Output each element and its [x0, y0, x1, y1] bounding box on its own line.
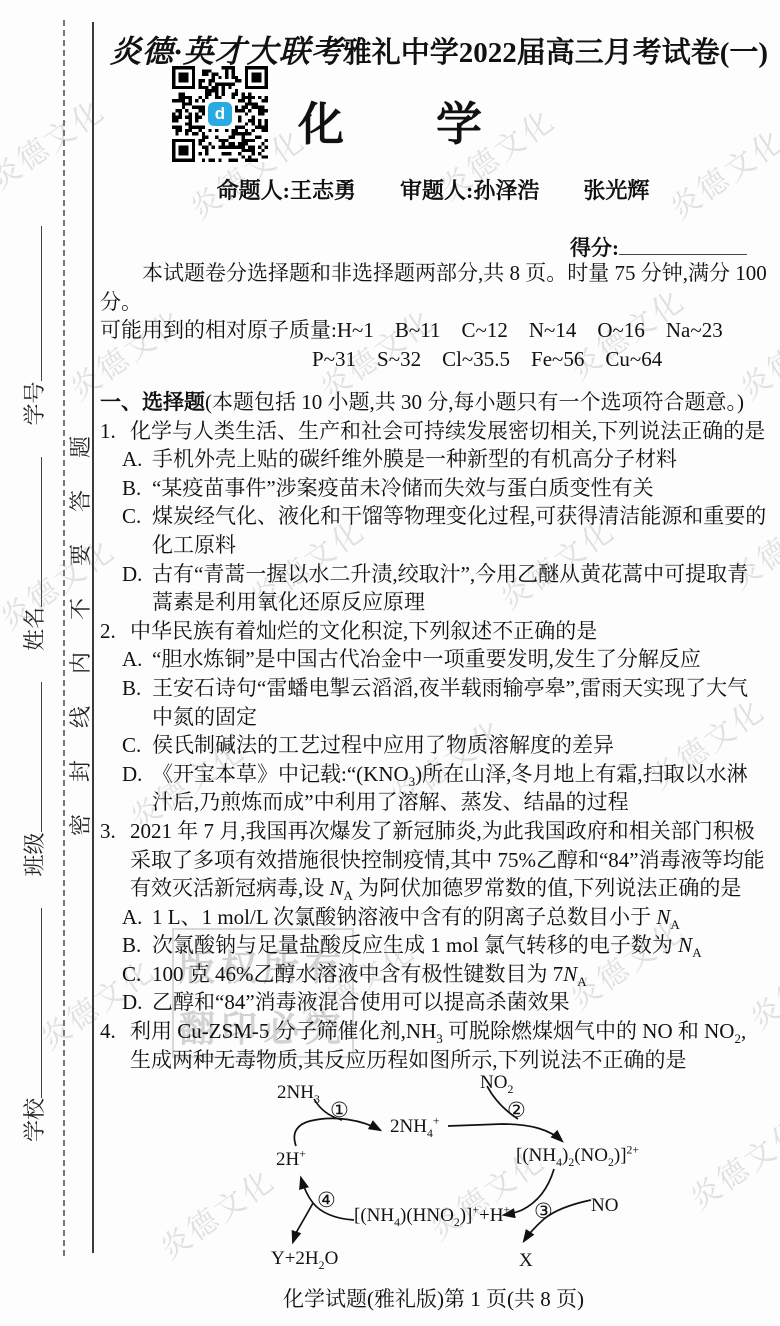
option-D[interactable]: D.乙醇和“84”消毒液混合使用可以提高杀菌效果	[100, 988, 767, 1017]
question-number: 1.	[100, 417, 130, 446]
option-label: D.	[122, 560, 152, 589]
option-text: 100 克 46%乙醇水溶液中含有极性键数目为 7NA	[152, 962, 587, 986]
option-text: 乙醇和“84”消毒液混合使用可以提高杀菌效果	[152, 990, 570, 1014]
questions-list: 1.化学与人类生活、生产和社会可持续发展密切相关,下列说法正确的是A.手机外壳上…	[100, 417, 767, 1075]
section-title: 一、选择题	[100, 390, 205, 414]
option-A[interactable]: A.“胆水炼铜”是中国古代冶金中一项重要发明,发生了分解反应	[100, 645, 767, 674]
section-note: (本题包括 10 小题,共 30 分,每小题只有一个选项符合题意。)	[205, 390, 744, 414]
field-class: 班级	[22, 682, 47, 876]
field-student-id: 学号	[22, 226, 47, 425]
node-complex1: [(NH4)2(NO2)]2+	[516, 1145, 639, 1167]
watermark-text: 炎德文化	[679, 1106, 780, 1218]
node-complex2: [(NH4)(HNO2)]++H+	[354, 1205, 510, 1227]
option-text: 古有“青蒿一握以水二升渍,绞取汁”,今用乙醚从黄花蒿中可提取青蒿素是利用氧化还原…	[152, 562, 748, 615]
step-2-badge: ②	[507, 1098, 526, 1123]
question-stem: 2.中华民族有着灿烂的文化积淀,下列叙述不正确的是	[100, 617, 767, 646]
question-stem-text: 2021 年 7 月,我国再次爆发了新冠肺炎,为此我国政府和相关部门积极采取了多…	[130, 819, 765, 900]
exam-instructions: 本试题卷分选择题和非选择题两部分,共 8 页。时量 75 分钟,满分 100 分…	[100, 259, 767, 316]
step-4-badge: ④	[317, 1188, 336, 1213]
option-text: 侯氏制碱法的工艺过程中应用了物质溶解度的差异	[152, 733, 614, 757]
subject-title: 化学	[0, 88, 780, 154]
student-id-blank[interactable]	[19, 226, 42, 381]
brand-name: 炎德·英才大联考	[110, 34, 343, 69]
masses-line2: P~31 S~32 Cl~35.5 Fe~56 Cu~64	[312, 345, 767, 374]
option-text: “某疫苗事件”涉案疫苗未冷储而失效与蛋白质变性有关	[152, 476, 654, 500]
exam-page: 炎德文化炎德文化炎德文化炎德文化炎德文化炎德文化炎德文化炎德文化炎德文化炎德文化…	[0, 0, 780, 1326]
option-label: B.	[122, 674, 152, 703]
seal-notice-text: 密封线内不要答题	[64, 404, 95, 836]
question-number: 2.	[100, 617, 130, 646]
node-2h: 2H+	[276, 1149, 306, 1171]
question-1: 1.化学与人类生活、生产和社会可持续发展密切相关,下列说法正确的是A.手机外壳上…	[100, 417, 767, 617]
option-label: C.	[122, 960, 152, 989]
option-label: A.	[122, 445, 152, 474]
reaction-cycle-diagram: 2NH3 ① 2NH4+ NO2 ② [(NH4)2(NO2)]2+ 2H+ ④…	[250, 1072, 680, 1278]
field-name: 姓名	[22, 457, 47, 651]
option-label: C.	[122, 502, 152, 531]
school-blank[interactable]	[19, 908, 42, 1098]
question-stem: 3.2021 年 7 月,我国再次爆发了新冠肺炎,为此我国政府和相关部门积极采取…	[100, 817, 767, 903]
option-A[interactable]: A.1 L、1 mol/L 次氯酸钠溶液中含有的阴离子总数目小于 NA	[100, 903, 767, 932]
score-field: 得分:	[570, 232, 747, 262]
option-text: “胆水炼铜”是中国古代冶金中一项重要发明,发生了分解反应	[152, 647, 701, 671]
option-label: C.	[122, 731, 152, 760]
option-D[interactable]: D.古有“青蒿一握以水二升渍,绞取汁”,今用乙醚从黄花蒿中可提取青蒿素是利用氧化…	[100, 560, 767, 617]
question-stem-text: 中华民族有着灿烂的文化积淀,下列叙述不正确的是	[130, 619, 597, 643]
option-C[interactable]: C.100 克 46%乙醇水溶液中含有极性键数目为 7NA	[100, 960, 767, 989]
page-footer: 化学试题(雅礼版)第 1 页(共 8 页)	[100, 1283, 767, 1313]
option-A[interactable]: A.手机外壳上贴的碳纤维外膜是一种新型的有机高分子材料	[100, 445, 767, 474]
student-info-fields: 学校 班级 姓名 学号	[18, 132, 49, 1142]
question-number: 4.	[100, 1017, 130, 1046]
node-nh4: 2NH4+	[390, 1116, 439, 1138]
exam-title: 雅礼中学2022届高三月考试卷(一)	[343, 37, 768, 69]
option-label: B.	[122, 474, 152, 503]
option-B[interactable]: B.次氯酸钠与足量盐酸反应生成 1 mol 氯气转移的电子数为 NA	[100, 931, 767, 960]
step-1-badge: ①	[330, 1098, 349, 1123]
class-blank[interactable]	[19, 682, 42, 832]
option-label: A.	[122, 645, 152, 674]
node-nh3: 2NH3	[277, 1082, 320, 1104]
node-no2: NO2	[480, 1072, 513, 1094]
step-3-badge: ③	[534, 1199, 553, 1224]
option-text: 1 L、1 mol/L 次氯酸钠溶液中含有的阴离子总数目小于 NA	[152, 905, 680, 929]
question-2: 2.中华民族有着灿烂的文化积淀,下列叙述不正确的是A.“胆水炼铜”是中国古代冶金…	[100, 617, 767, 817]
question-stem-text: 化学与人类生活、生产和社会可持续发展密切相关,下列说法正确的是	[130, 419, 765, 443]
question-number: 3.	[100, 817, 130, 846]
node-no: NO	[591, 1195, 618, 1217]
option-label: B.	[122, 931, 152, 960]
node-x: X	[519, 1250, 533, 1272]
name-blank[interactable]	[19, 457, 42, 607]
field-school: 学校	[22, 908, 47, 1142]
masses-line1: H~1 B~11 C~12 N~14 O~16 Na~23	[337, 318, 723, 342]
score-blank[interactable]	[619, 233, 747, 255]
question-4: 4.利用 Cu-ZSM-5 分子筛催化剂,NH3 可脱除燃煤烟气中的 NO 和 …	[100, 1017, 767, 1074]
option-label: D.	[122, 988, 152, 1017]
question-area: 一、选择题(本题包括 10 小题,共 30 分,每小题只有一个选项符合题意。) …	[100, 388, 767, 1074]
option-B[interactable]: B.王安石诗句“雷蟠电掣云滔滔,夜半载雨输亭皋”,雷雨天实现了大气中氮的固定	[100, 674, 767, 731]
masses-label: 可能用到的相对原子质量:	[100, 318, 337, 342]
option-text: 次氯酸钠与足量盐酸反应生成 1 mol 氯气转移的电子数为 NA	[152, 933, 702, 957]
option-label: A.	[122, 903, 152, 932]
option-text: 《开宝本草》中记载:“(KNO3)所在山泽,冬月地上有霜,扫取以水淋汁后,乃煎炼…	[152, 762, 748, 815]
setters-line: 命题人:王志勇 审题人:孙泽浩 张光辉	[100, 174, 766, 205]
question-stem: 4.利用 Cu-ZSM-5 分子筛催化剂,NH3 可脱除燃煤烟气中的 NO 和 …	[100, 1017, 767, 1074]
score-label: 得分:	[570, 236, 619, 260]
section-heading: 一、选择题(本题包括 10 小题,共 30 分,每小题只有一个选项符合题意。)	[100, 388, 767, 417]
option-label: D.	[122, 760, 152, 789]
option-C[interactable]: C.侯氏制碱法的工艺过程中应用了物质溶解度的差异	[100, 731, 767, 760]
option-D[interactable]: D.《开宝本草》中记载:“(KNO3)所在山泽,冬月地上有霜,扫取以水淋汁后,乃…	[100, 760, 767, 817]
question-3: 3.2021 年 7 月,我国再次爆发了新冠肺炎,为此我国政府和相关部门积极采取…	[100, 817, 767, 1017]
question-stem-text: 利用 Cu-ZSM-5 分子筛催化剂,NH3 可脱除燃煤烟气中的 NO 和 NO…	[130, 1019, 746, 1072]
node-y: Y+2H2O	[271, 1248, 338, 1270]
option-text: 王安石诗句“雷蟠电掣云滔滔,夜半载雨输亭皋”,雷雨天实现了大气中氮的固定	[152, 676, 748, 729]
option-C[interactable]: C.煤炭经气化、液化和干馏等物理变化过程,可获得清洁能源和重要的化工原料	[100, 502, 767, 559]
option-B[interactable]: B.“某疫苗事件”涉案疫苗未冷储而失效与蛋白质变性有关	[100, 474, 767, 503]
atomic-masses: 可能用到的相对原子质量:H~1 B~11 C~12 N~14 O~16 Na~2…	[100, 316, 767, 373]
exam-header-line: 炎德·英才大联考雅礼中学2022届高三月考试卷(一)	[110, 26, 770, 71]
option-text: 煤炭经气化、液化和干馏等物理变化过程,可获得清洁能源和重要的化工原料	[152, 504, 766, 557]
question-stem: 1.化学与人类生活、生产和社会可持续发展密切相关,下列说法正确的是	[100, 417, 767, 446]
option-text: 手机外壳上贴的碳纤维外膜是一种新型的有机高分子材料	[152, 447, 677, 471]
